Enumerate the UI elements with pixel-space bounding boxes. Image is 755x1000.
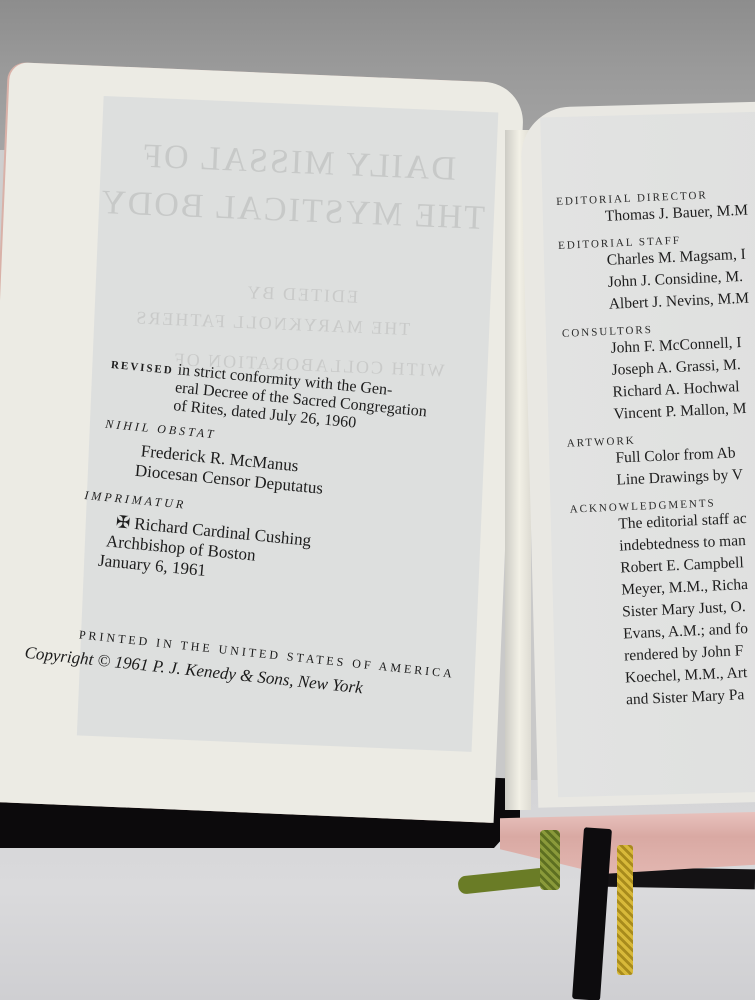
bleed-sub-1: EDITED BY — [245, 282, 358, 308]
green-ribbon-marker — [540, 830, 560, 890]
editorial-credits: Editorial Director Thomas J. Bauer, M.M … — [556, 187, 755, 714]
bleed-sub-2: THE MARYKNOLL FATHERS — [134, 307, 411, 340]
gold-ribbon-marker — [617, 845, 633, 975]
copyright-approvals: REVISED in strict conformity with the Ge… — [91, 355, 510, 608]
bleed-title-2: THE MYSTICAL BODY — [98, 184, 485, 238]
cross-icon: ✠ — [115, 512, 131, 532]
bleed-title-1: DAILY MISSAL OF — [140, 138, 456, 189]
